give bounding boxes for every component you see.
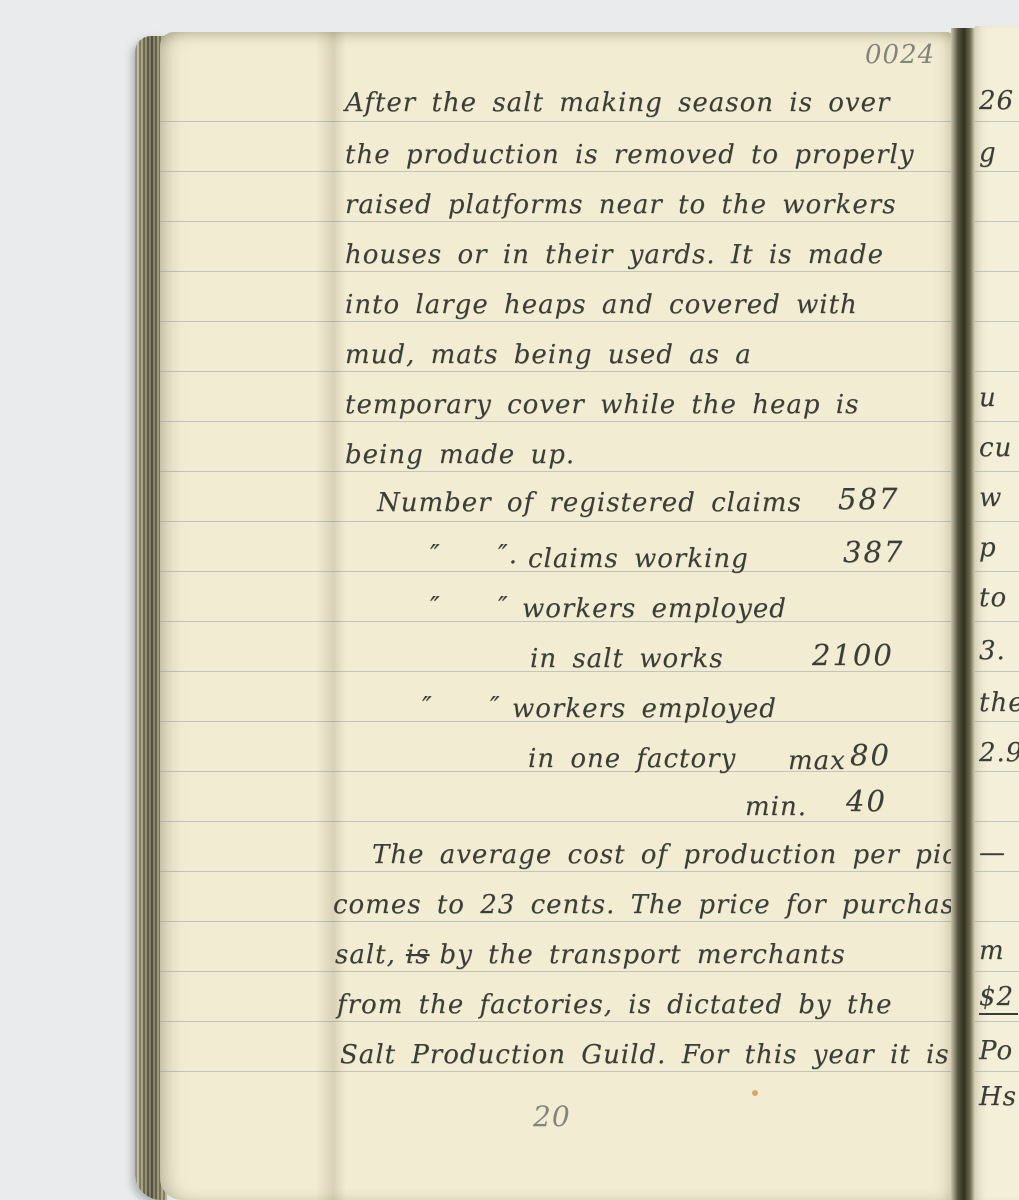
handwritten-line: comes to 23 cents. The price for purchas… bbox=[333, 890, 1014, 920]
notebook-left-page: 0024 After the salt making season is ove… bbox=[160, 32, 953, 1200]
ditto-mark: ″. bbox=[498, 540, 518, 570]
struck-through-word: is bbox=[406, 940, 430, 970]
handwritten-line: houses or in their yards. It is made bbox=[345, 240, 884, 270]
right-page-fragment: — bbox=[979, 838, 1006, 868]
handwritten-line: The average cost of production per picul bbox=[372, 840, 985, 870]
handwritten-line: being made up. bbox=[345, 440, 575, 470]
notebook-right-page-partial: 26 g u cu w p to 3. the 2.9 — m $2 Po Hs bbox=[975, 26, 1019, 1200]
right-page-fragment: Po bbox=[979, 1036, 1013, 1066]
stat-qualifier: max bbox=[788, 746, 846, 776]
right-page-fragment: to bbox=[979, 583, 1007, 613]
stat-label: in one factory bbox=[528, 744, 736, 774]
right-page-fragment: u bbox=[979, 383, 997, 413]
handwritten-line: mud, mats being used as a bbox=[345, 340, 752, 370]
ditto-mark: ″ bbox=[490, 692, 501, 722]
right-page-fragment: cu bbox=[979, 433, 1012, 463]
stat-label: workers employed bbox=[522, 594, 787, 624]
ditto-mark: ″ bbox=[430, 540, 441, 570]
handwritten-line: from the factories, is dictated by the bbox=[337, 990, 893, 1020]
handwritten-line: raised platforms near to the workers bbox=[345, 190, 897, 220]
right-page-fragment: p bbox=[979, 533, 997, 563]
stat-label: Number of registered claims bbox=[377, 488, 802, 518]
handwritten-line: into large heaps and covered with bbox=[345, 290, 858, 320]
page-number: 20 bbox=[533, 1100, 571, 1133]
handwritten-line: the production is removed to properly bbox=[345, 140, 915, 170]
stat-label: in salt works bbox=[530, 644, 724, 674]
page-gutter-shadow bbox=[951, 28, 975, 1200]
stat-label: claims working bbox=[528, 544, 749, 574]
right-page-fragment: 3. bbox=[979, 636, 1006, 666]
stat-value: 587 bbox=[838, 482, 899, 516]
right-page-fragment: g bbox=[979, 138, 997, 168]
stat-label: workers employed bbox=[512, 694, 777, 724]
right-page-fragment: m bbox=[979, 936, 1005, 966]
notebook-scan: 0024 After the salt making season is ove… bbox=[0, 0, 1019, 1200]
handwritten-line: salt,isby the transport merchants bbox=[335, 940, 856, 970]
page-crease-shadow bbox=[316, 32, 346, 1200]
right-page-fragment: 26 bbox=[979, 86, 1014, 116]
line-segment: salt, bbox=[335, 940, 396, 970]
handwritten-line: After the salt making season is over bbox=[345, 88, 890, 118]
right-page-fragment: the bbox=[979, 688, 1019, 718]
handwritten-line: Salt Production Guild. For this year it … bbox=[340, 1040, 950, 1070]
stat-value: 40 bbox=[846, 784, 887, 818]
ditto-mark: ″ bbox=[422, 692, 433, 722]
line-segment: by the transport merchants bbox=[440, 940, 846, 970]
stat-value: 387 bbox=[843, 535, 904, 569]
paper-speck bbox=[752, 1090, 758, 1096]
right-page-fragment: w bbox=[979, 483, 1002, 513]
stat-value: 2100 bbox=[812, 638, 894, 672]
right-page-fragment: 2.9 bbox=[979, 738, 1019, 768]
handwritten-line: temporary cover while the heap is bbox=[345, 390, 859, 420]
ditto-mark: ″ bbox=[498, 592, 509, 622]
right-page-fragment: $2 bbox=[979, 982, 1018, 1015]
archive-number-stamp: 0024 bbox=[865, 40, 935, 70]
ditto-mark: ″ bbox=[430, 592, 441, 622]
stat-qualifier: min. bbox=[745, 792, 807, 822]
right-page-fragment: Hs bbox=[979, 1082, 1017, 1112]
stat-value: 80 bbox=[850, 738, 891, 772]
